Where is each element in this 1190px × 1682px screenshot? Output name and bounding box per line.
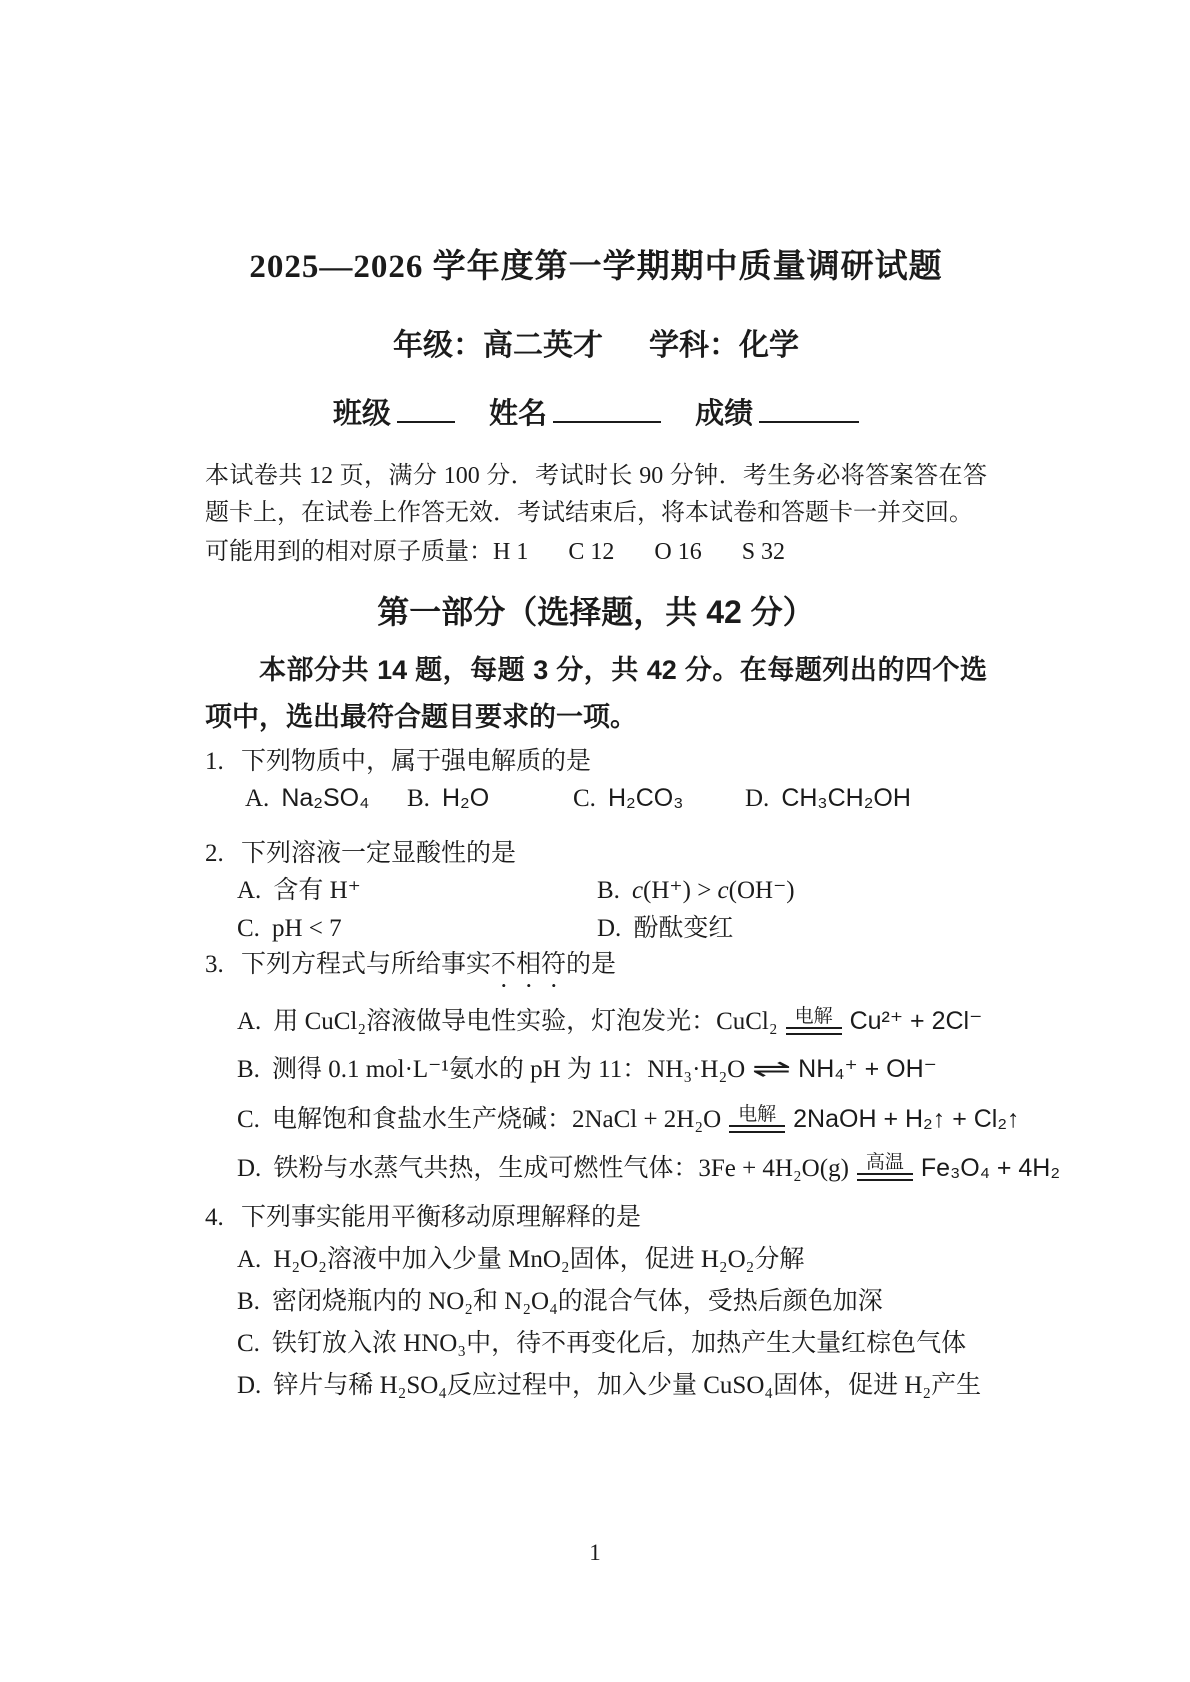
option-c: C.H₂CO₃ <box>573 780 745 817</box>
electrolysis-condition-label: 电解 <box>738 1104 776 1125</box>
atomic-mass-item: O 16 <box>654 539 701 565</box>
page-title: 2025—2026 学年度第一学期期中质量调研试题 <box>205 246 987 288</box>
question-2-stem: 2.下列溶液一定显酸性的是 <box>205 835 987 872</box>
option-label: A. <box>237 1008 261 1035</box>
option-label: A. <box>245 785 269 812</box>
student-fields-line: 班级 姓名 成绩 <box>205 392 987 432</box>
option-text: 锌片与稀 H₂SO₄反应过程中，加入少量 CuSO₄固体，促进 H₂产生 <box>273 1372 981 1399</box>
option-d: D.酚酞变红 <box>597 910 733 948</box>
option-label: B. <box>237 1056 260 1083</box>
question-number: 2. <box>205 835 241 872</box>
class-field-blank <box>397 392 455 423</box>
equation-left: 用 CuCl₂溶液做导电性实验，灯泡发光：CuCl₂ <box>273 1008 777 1035</box>
option-b: B.密闭烧瓶内的 NO₂和 N₂O₄的混合气体，受热后颜色加深 <box>205 1284 987 1320</box>
question-stem-text: 下列方程式与所给事实 <box>241 951 491 978</box>
section1-heading: 第一部分（选择题，共 42 分） <box>205 589 987 635</box>
option-text: CH₃CH₂OH <box>781 784 911 812</box>
option-text: c(H⁺) > c(OH⁻) <box>632 877 795 904</box>
equation-right: NH₄⁺ + OH⁻ <box>798 1055 937 1083</box>
option-text: H₂CO₃ <box>608 784 683 812</box>
class-field: 班级 <box>333 398 455 430</box>
subject-label: 学科：化学 <box>649 329 799 362</box>
section1-intro: 本部分共 14 题，每题 3 分，共 42 分。在每题列出的四个选项中，选出最符… <box>205 647 987 741</box>
double-equals-line <box>729 1125 785 1133</box>
question-3-stem: 3.下列方程式与所给事实不相符的是 <box>205 948 987 993</box>
question-2: 2.下列溶液一定显酸性的是 A.含有 H⁺ B.c(H⁺) > c(OH⁻) C… <box>205 835 987 948</box>
option-label: D. <box>597 915 621 942</box>
grade-subject-line: 年级：高二英才学科：化学 <box>205 326 987 366</box>
question-stem-emphasized: 不相符 <box>491 951 566 978</box>
option-label: C. <box>573 785 596 812</box>
option-c: C.电解饱和食盐水生产烧碱：2NaCl + 2H₂O电解2NaOH + H₂↑ … <box>205 1099 987 1136</box>
option-label: A. <box>237 1246 261 1273</box>
option-c: C.铁钉放入浓 HNO₃中，待不再变化后，加热产生大量红棕色气体 <box>205 1326 987 1362</box>
question-2-options-row-1: A.含有 H⁺ B.c(H⁺) > c(OH⁻) <box>205 872 987 910</box>
score-field-blank <box>759 392 859 423</box>
question-1-stem: 1.下列物质中，属于强电解质的是 <box>205 743 987 780</box>
option-text: Na₂SO₄ <box>281 784 369 812</box>
question-1: 1.下列物质中，属于强电解质的是 A.Na₂SO₄ B.H₂O C.H₂CO₃ … <box>205 743 987 817</box>
option-a: A.含有 H⁺ <box>205 872 597 910</box>
high-temp-condition-label: 高温 <box>866 1152 904 1173</box>
double-equals-line <box>857 1173 913 1181</box>
question-4-stem: 4.下列事实能用平衡移动原理解释的是 <box>205 1200 987 1236</box>
score-field-label: 成绩 <box>695 398 753 430</box>
option-text-fragment: (H⁺) > <box>643 877 718 904</box>
exam-page: 2025—2026 学年度第一学期期中质量调研试题 年级：高二英才学科：化学 班… <box>0 0 1190 1682</box>
equilibrium-arrow: ⇌ <box>752 1050 792 1088</box>
equation-left: 测得 0.1 mol·L⁻¹氨水的 pH 为 11：NH₃·H₂O <box>272 1056 745 1083</box>
option-d: D.铁粉与水蒸气共热，生成可燃性气体：3Fe + 4H₂O(g)高温Fe₃O₄ … <box>205 1148 987 1185</box>
option-a: A.用 CuCl₂溶液做导电性实验，灯泡发光：CuCl₂电解Cu²⁺ + 2Cl… <box>205 1001 987 1038</box>
option-text-fragment: (OH⁻) <box>729 877 795 904</box>
option-d: D.CH₃CH₂OH <box>745 780 911 817</box>
question-2-options-row-2: C.pH < 7 D.酚酞变红 <box>205 910 987 948</box>
double-equals-line <box>786 1027 842 1035</box>
option-label: D. <box>237 1155 261 1182</box>
atomic-masses-label: 可能用到的相对原子质量： <box>205 539 493 565</box>
option-text: 酚酞变红 <box>633 915 733 942</box>
question-stem-text: 下列溶液一定显酸性的是 <box>241 840 516 867</box>
question-1-options: A.Na₂SO₄ B.H₂O C.H₂CO₃ D.CH₃CH₂OH <box>205 780 987 817</box>
equation-left: 电解饱和食盐水生产烧碱：2NaCl + 2H₂O <box>272 1106 721 1133</box>
option-a: A.Na₂SO₄ <box>245 780 407 817</box>
option-label: B. <box>237 1288 260 1315</box>
atomic-mass-item: S 32 <box>742 539 785 565</box>
score-field: 成绩 <box>695 398 859 430</box>
question-4: 4.下列事实能用平衡移动原理解释的是 A.H₂O₂溶液中加入少量 MnO₂固体，… <box>205 1200 987 1404</box>
question-number: 4. <box>205 1200 241 1236</box>
option-c: C.pH < 7 <box>205 910 597 948</box>
option-b: B.测得 0.1 mol·L⁻¹氨水的 pH 为 11：NH₃·H₂O⇌NH₄⁺… <box>205 1050 987 1089</box>
option-text: 密闭烧瓶内的 NO₂和 N₂O₄的混合气体，受热后颜色加深 <box>272 1288 883 1315</box>
question-number: 1. <box>205 743 241 780</box>
option-label: C. <box>237 915 260 942</box>
question-number: 3. <box>205 948 241 982</box>
name-field: 姓名 <box>489 398 661 430</box>
concentration-symbol: c <box>718 877 729 904</box>
question-stem-text: 下列事实能用平衡移动原理解释的是 <box>241 1204 641 1231</box>
question-stem-text: 下列物质中，属于强电解质的是 <box>241 748 591 775</box>
option-label: D. <box>237 1372 261 1399</box>
option-d: D.锌片与稀 H₂SO₄反应过程中，加入少量 CuSO₄固体，促进 H₂产生 <box>205 1368 987 1404</box>
option-b: B.H₂O <box>407 780 573 817</box>
option-text: H₂O <box>442 784 489 812</box>
equation-right: Fe₃O₄ + 4H₂ <box>921 1154 1060 1182</box>
equals-with-condition: 电解 <box>786 1006 842 1035</box>
equation-right: Cu²⁺ + 2Cl⁻ <box>850 1007 983 1035</box>
name-field-label: 姓名 <box>489 398 547 430</box>
option-label: D. <box>745 785 769 812</box>
equation-left: 铁粉与水蒸气共热，生成可燃性气体：3Fe + 4H₂O(g) <box>273 1155 849 1182</box>
atomic-mass-item: H 1 <box>493 539 528 565</box>
equation-right: 2NaOH + H₂↑ + Cl₂↑ <box>793 1105 1019 1133</box>
grade-label: 年级：高二英才 <box>393 329 603 362</box>
option-label: A. <box>237 877 261 904</box>
option-text: 铁钉放入浓 HNO₃中，待不再变化后，加热产生大量红棕色气体 <box>272 1330 966 1357</box>
exam-content: 2025—2026 学年度第一学期期中质量调研试题 年级：高二英才学科：化学 班… <box>205 0 987 1404</box>
question-stem-text: 的是 <box>566 951 616 978</box>
option-text: H₂O₂溶液中加入少量 MnO₂固体，促进 H₂O₂分解 <box>273 1246 804 1273</box>
class-field-label: 班级 <box>333 398 391 430</box>
question-3: 3.下列方程式与所给事实不相符的是 A.用 CuCl₂溶液做导电性实验，灯泡发光… <box>205 948 987 1184</box>
electrolysis-condition-label: 电解 <box>795 1006 833 1027</box>
page-number: 1 <box>0 1540 1190 1566</box>
option-text: pH < 7 <box>272 915 342 942</box>
atomic-masses-line: 可能用到的相对原子质量：H 1C 12O 16S 32 <box>205 534 987 571</box>
option-label: B. <box>597 877 620 904</box>
name-field-blank <box>553 392 661 423</box>
option-label: C. <box>237 1106 260 1133</box>
concentration-symbol: c <box>632 877 643 904</box>
equals-with-condition: 电解 <box>729 1104 785 1133</box>
option-a: A.H₂O₂溶液中加入少量 MnO₂固体，促进 H₂O₂分解 <box>205 1242 987 1278</box>
atomic-mass-item: C 12 <box>568 539 614 565</box>
option-label: C. <box>237 1330 260 1357</box>
exam-notice: 本试卷共 12 页，满分 100 分．考试时长 90 分钟．考生务必将答案答在答… <box>205 458 987 532</box>
option-text: 含有 H⁺ <box>273 877 361 904</box>
option-label: B. <box>407 785 430 812</box>
equals-with-condition: 高温 <box>857 1152 913 1181</box>
option-b: B.c(H⁺) > c(OH⁻) <box>597 872 795 910</box>
